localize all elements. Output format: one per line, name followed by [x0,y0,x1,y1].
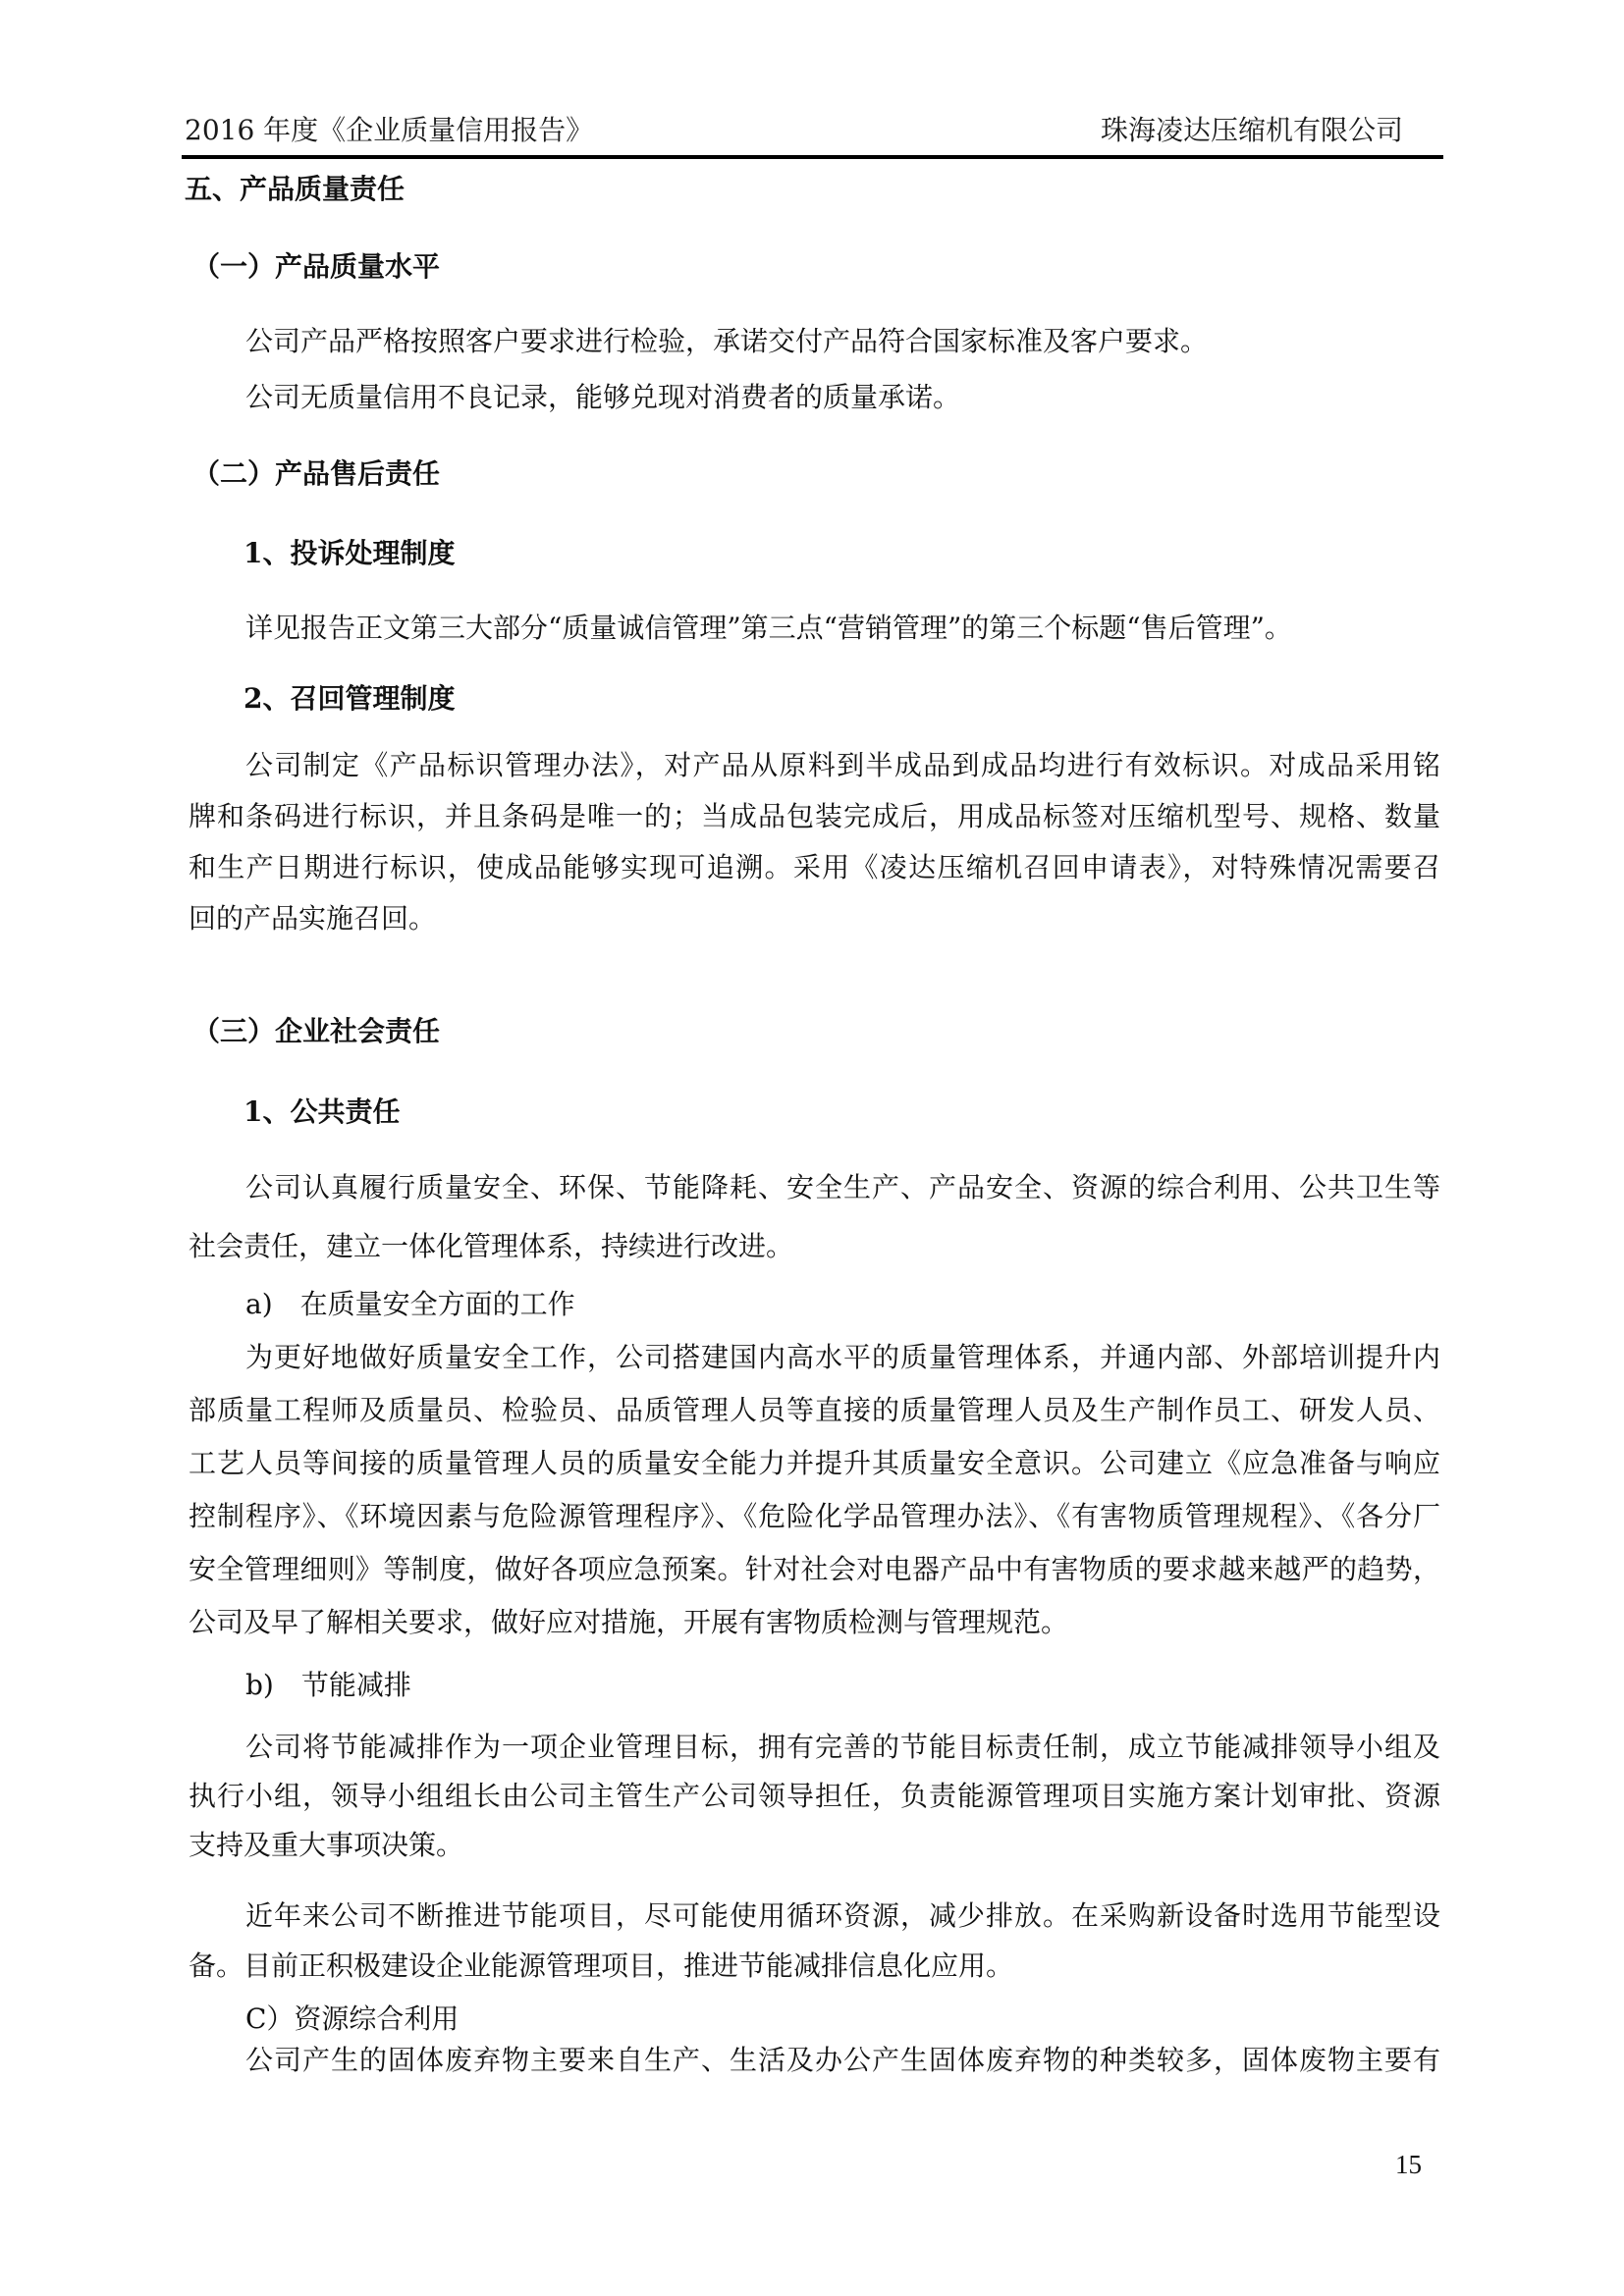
paragraph-line: 为更好地做好质量安全工作，公司搭建国内高水平的质量管理体系，并通内部、外部培训提… [245,1341,1440,1374]
paragraph-line: 牌和条码进行标识，并且条码是唯一的；当成品包装完成后，用成品标签对压缩机型号、规… [189,800,1440,833]
paragraph-line: 社会责任，建立一体化管理体系，持续进行改进。 [189,1230,793,1263]
item-title-complaint: 1、投诉处理制度 [244,537,455,570]
paragraph-line: 支持及重大事项决策。 [189,1829,463,1862]
paragraph-line: 安全管理细则》等制度，做好各项应急预案。针对社会对电器产品中有害物质的要求越来越… [189,1553,1440,1586]
item-title-public: 1、公共责任 [244,1095,400,1129]
header-company-name: 珠海凌达压缩机有限公司 [1101,115,1403,146]
paragraph-line: 详见报告正文第三大部分“质量诚信管理”第三点“营销管理”的第三个标题“售后管理”… [245,612,1292,645]
page-number: 15 [1395,2150,1422,2179]
item-title-recall: 2、召回管理制度 [244,682,455,716]
paragraph-line: 备。目前正积极建设企业能源管理项目，推进节能减排信息化应用。 [189,1949,1013,1983]
section-title: 五、产品质量责任 [185,173,405,206]
paragraph-line: 和生产日期进行标识，使成品能够实现可追溯。采用《凌达压缩机召回申请表》，对特殊情… [189,851,1440,884]
paragraph-line: 公司制定《产品标识管理办法》，对产品从原料到半成品到成品均进行有效标识。对成品采… [245,749,1440,782]
paragraph-line: 回的产品实施召回。 [189,902,436,935]
paragraph-line: 工艺人员等间接的质量管理人员的质量安全能力并提升其质量安全意识。公司建立《应急准… [189,1447,1440,1480]
paragraph-line: 公司产品严格按照客户要求进行检验，承诺交付产品符合国家标准及客户要求。 [245,325,1208,358]
paragraph-line: 公司将节能减排作为一项企业管理目标，拥有完善的节能目标责任制，成立节能减排领导小… [245,1731,1440,1764]
paragraph-line: 控制程序》、《环境因素与危险源管理程序》、《危险化学品管理办法》、《有害物质管理… [189,1500,1440,1533]
header-divider [182,155,1443,159]
paragraph-line: 执行小组，领导小组组长由公司主管生产公司领导担任，负责能源管理项目实施方案计划审… [189,1780,1440,1813]
document-page: 2016 年度《企业质量信用报告》 珠海凌达压缩机有限公司 五、产品质量责任 （… [0,0,1624,2296]
list-label-a: a) 在质量安全方面的工作 [245,1288,575,1321]
list-label-c: C）资源综合利用 [245,2002,459,2036]
paragraph-line: 公司无质量信用不良记录，能够兑现对消费者的质量承诺。 [245,381,960,414]
paragraph-line: 近年来公司不断推进节能项目，尽可能使用循环资源，减少排放。在采购新设备时选用节能… [245,1899,1440,1933]
subsection-title-3: （三）企业社会责任 [192,1015,440,1048]
paragraph-line: 公司产生的固体废弃物主要来自生产、生活及办公产生固体废弃物的种类较多，固体废物主… [245,2044,1440,2077]
subsection-title-2: （二）产品售后责任 [192,457,440,491]
paragraph-line: 公司认真履行质量安全、环保、节能降耗、安全生产、产品安全、资源的综合利用、公共卫… [245,1171,1440,1204]
paragraph-line: 公司及早了解相关要求，做好应对措施，开展有害物质检测与管理规范。 [189,1606,1068,1639]
list-label-b: b) 节能减排 [245,1669,411,1702]
paragraph-line: 部质量工程师及质量员、检验员、品质管理人员等直接的质量管理人员及生产制作员工、研… [189,1394,1440,1427]
subsection-title-1: （一）产品质量水平 [192,250,440,284]
header-report-title: 2016 年度《企业质量信用报告》 [185,115,593,146]
